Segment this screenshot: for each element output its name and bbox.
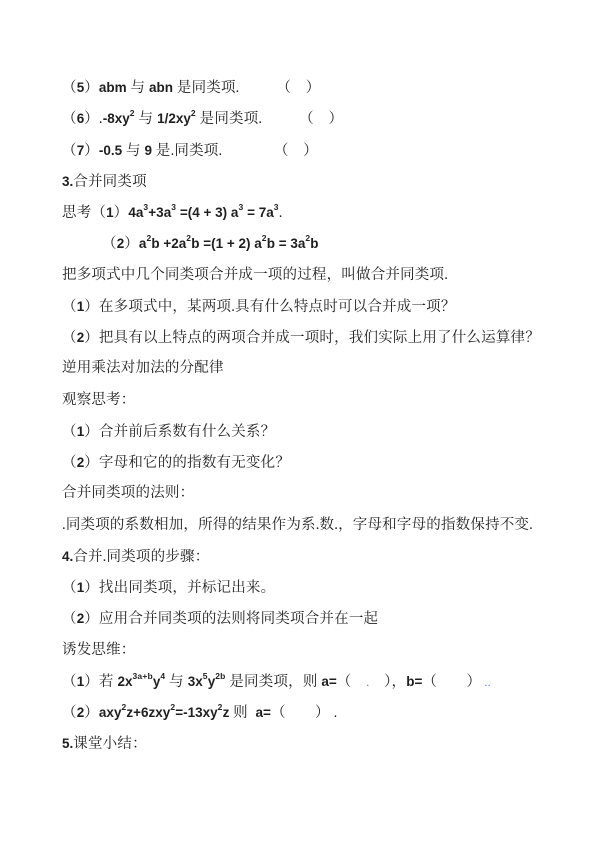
document-body: （5）abm 与 abn 是同类项. （ ）（6）.-8xy2 与 1/2xy2… [0, 0, 595, 760]
statement-6: （6）.-8xy2 与 1/2xy2 是同类项. （ ） [62, 103, 565, 134]
text-segment: 在多项式中，某两项.具有什么特点时可以合并成一项？ [99, 299, 456, 315]
formula-segment: 4a [128, 205, 143, 220]
text-segment: （ [62, 580, 77, 596]
step-2: （2）应用合并同类项的法则将同类项合并在一起 [62, 603, 565, 634]
text-segment: ） [84, 580, 99, 596]
observe-think-heading: 观察思考： [62, 385, 565, 416]
text-segment: （ ） [422, 674, 481, 690]
superscript-exponent: 3 [143, 202, 148, 212]
exercise-2: （2）axy2z+6zxy2=-13xy2z 则 a=（ ） . [62, 697, 565, 728]
observe-question-1: （1）合并前后系数有什么关系？ [62, 416, 565, 447]
formula-segment: 1 [106, 205, 114, 220]
text-segment: （ [62, 455, 77, 471]
text-segment: 观察思考： [62, 392, 136, 408]
superscript-exponent: 4 [160, 671, 165, 681]
text-segment: ） [124, 236, 139, 252]
text-segment: 与 [127, 80, 149, 96]
formula-segment: =-13xy [175, 705, 217, 720]
superscript-exponent: 5 [203, 671, 208, 681]
formula-segment: b = 3a [267, 236, 306, 251]
document-page: （5）abm 与 abn 是同类项. （ ）（6）.-8xy2 与 1/2xy2… [0, 0, 595, 842]
rule-heading: 合并同类项的法则： [62, 478, 565, 509]
text-segment: （ [62, 705, 77, 721]
formula-segment: a= [256, 705, 271, 720]
text-segment: （ [337, 674, 366, 690]
text-segment: 合并同类项的法则： [62, 485, 194, 501]
text-segment: 逆用乘法对加法的分配律 [62, 360, 224, 376]
text-segment: ） [84, 674, 99, 690]
formula-segment: -8xy [103, 111, 130, 126]
superscript-exponent: 3a+b [132, 671, 152, 681]
text-segment: ） [84, 80, 99, 96]
text-segment: ）， [369, 674, 406, 690]
text-segment: ） [84, 111, 99, 127]
text-segment: 思考（ [62, 205, 106, 221]
formula-segment: =(4 + 3) a [176, 205, 238, 220]
formula-segment: 1/2xy [157, 111, 191, 126]
superscript-exponent: 2 [170, 702, 175, 712]
superscript-exponent: 2 [218, 702, 223, 712]
superscript-exponent: 2 [186, 233, 191, 243]
text-segment: 则 [229, 705, 255, 721]
text-segment: （ [102, 236, 117, 252]
text-segment: 课堂小结： [73, 736, 147, 752]
formula-segment: 3. [62, 174, 73, 189]
superscript-exponent: 3 [171, 202, 176, 212]
text-segment: 应用合并同类项的法则将同类项合并在一起 [99, 611, 378, 627]
text-segment: 是同类项，则 [226, 674, 322, 690]
text-segment: 与 [165, 674, 187, 690]
text-segment: 是同类项. （ ） [173, 80, 320, 96]
superscript-exponent: 2 [130, 108, 135, 118]
formula-segment: axy [99, 705, 122, 720]
text-segment: （ [62, 80, 77, 96]
feature-question-1: （1）在多项式中，某两项.具有什么特点时可以合并成一项？ [62, 291, 565, 322]
formula-segment: 5. [62, 736, 73, 751]
text-segment: 诱发思维： [62, 642, 136, 658]
superscript-exponent: 2 [305, 233, 310, 243]
induce-thinking-heading: 诱发思维： [62, 635, 565, 666]
formula-segment: = 7a [243, 205, 273, 220]
text-segment: 是同类项. （ ） [196, 111, 343, 127]
section-4-heading: 4.合并.同类项的步骤： [62, 541, 565, 572]
formula-segment: abm [99, 80, 127, 95]
statement-7: （7）-0.5 与 9 是.同类项. （ ） [62, 135, 565, 166]
observe-question-2: （2）字母和它的的指数有无变化？ [62, 447, 565, 478]
formula-segment: b +2a [151, 236, 186, 251]
think-example-1: 思考（1）4a3+3a3 =(4 + 3) a3 = 7a3. [62, 197, 565, 228]
text-segment: （ [62, 611, 77, 627]
rule-text: .同类项的系数相加，所得的结果作为系.数.，字母和字母的指数保持不变. [62, 510, 565, 541]
text-segment: ） [84, 330, 99, 346]
text-segment: ） [84, 705, 99, 721]
superscript-exponent: 2 [262, 233, 267, 243]
text-segment: （ [62, 424, 77, 440]
superscript-exponent: 2 [191, 108, 196, 118]
formula-segment: z+6zxy [126, 705, 170, 720]
formula-segment: abn [149, 80, 173, 95]
text-segment: 与 [135, 111, 157, 127]
section-5-heading: 5.课堂小结： [62, 728, 565, 759]
text-segment: ） [84, 299, 99, 315]
text-segment: 把具有以上特点的两项合并成一项时，我们实际上用了什么运算律？ [99, 330, 540, 346]
text-segment: 找出同类项，并标记出来。 [99, 580, 275, 596]
statement-5: （5）abm 与 abn 是同类项. （ ） [62, 72, 565, 103]
formula-segment: -0.5 [99, 143, 122, 158]
text-segment: （ [62, 674, 77, 690]
formula-segment: b= [406, 674, 422, 689]
text-segment: ） [84, 143, 99, 159]
text-segment: （ ） . [271, 705, 337, 721]
text-segment: （ [62, 330, 77, 346]
exercise-1: （1）若 2x3a+by4 与 3x5y2b 是同类项，则 a=（ . ），b=… [62, 666, 565, 697]
section-3-heading: 3.合并同类项 [62, 166, 565, 197]
formula-segment: 4. [62, 549, 73, 564]
text-segment: 合并.同类项的步骤： [73, 549, 209, 565]
text-segment: 字母和它的的指数有无变化？ [99, 455, 290, 471]
text-segment: ） [84, 424, 99, 440]
text-segment: 合并前后系数有什么关系？ [99, 424, 275, 440]
text-segment: 合并同类项 [73, 174, 147, 190]
step-1: （1）找出同类项，并标记出来。 [62, 572, 565, 603]
formula-segment: b [310, 236, 318, 251]
text-segment: （ [62, 299, 77, 315]
definition-combining-like-terms: 把多项式中几个同类项合并成一项的过程，叫做合并同类项. [62, 260, 565, 291]
artifact-dot: .. [481, 675, 491, 689]
text-segment: 若 [99, 674, 118, 690]
text-segment: ） [114, 205, 129, 221]
text-segment: .同类项的系数相加，所得的结果作为系.数.，字母和字母的指数保持不变. [62, 517, 533, 533]
superscript-exponent: 2 [121, 702, 126, 712]
text-segment: ） [84, 611, 99, 627]
think-example-2: （2）a2b +2a2b =(1 + 2) a2b = 3a2b [62, 228, 565, 259]
text-segment: ） [84, 455, 99, 471]
text-segment: 与 [122, 143, 144, 159]
superscript-exponent: 2b [215, 671, 225, 681]
feature-question-2: （2）把具有以上特点的两项合并成一项时，我们实际上用了什么运算律？ [62, 322, 565, 353]
formula-segment: 3x [188, 674, 203, 689]
distributive-law-answer: 逆用乘法对加法的分配律 [62, 353, 565, 384]
formula-segment: a= [321, 674, 336, 689]
formula-segment: b =(1 + 2) a [191, 236, 262, 251]
text-segment: （ [62, 111, 77, 127]
formula-segment: +3a [148, 205, 171, 220]
text-segment: 是.同类项. （ ） [152, 143, 318, 159]
superscript-exponent: 2 [146, 233, 151, 243]
text-segment: 把多项式中几个同类项合并成一项的过程，叫做合并同类项. [62, 267, 448, 283]
text-segment: （ [62, 143, 77, 159]
text-segment: . [279, 205, 283, 221]
formula-segment: 9 [145, 143, 153, 158]
superscript-exponent: 3 [274, 202, 279, 212]
formula-segment: 2x [117, 674, 132, 689]
superscript-exponent: 3 [238, 202, 243, 212]
